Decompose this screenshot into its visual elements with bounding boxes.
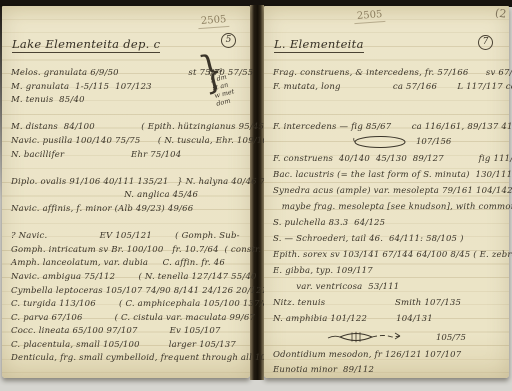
handwritten-line: Epith. sorex sv 103/141 67/144 64/100 8/… — [273, 250, 505, 266]
handwritten-line: Bac. lacustris (= the last form of S. mi… — [273, 170, 505, 186]
handwritten-line: maybe frag. mesolepta [see knudson], wit… — [273, 202, 505, 218]
right-circled-page-number: 7 — [478, 35, 493, 50]
left-folio-number: 2505 — [198, 14, 230, 29]
handwritten-line: M. distans 84/100 ( Epith. hützingianus … — [11, 122, 246, 136]
handwritten-line: N. anglica 45/46 — [11, 190, 246, 204]
handwritten-line: Synedra acus (ample) var. mesolepta 79/1… — [273, 186, 505, 202]
handwritten-line: F. construens 40/140 45/130 89/127 fig 1… — [273, 154, 505, 170]
handwritten-line: Navic. pusilla 100/140 75/75 ( N. tuscul… — [11, 136, 246, 150]
right-title-row: L. Elementeita 7 — [274, 33, 501, 49]
diatom-oval-sketch-icon — [352, 134, 410, 150]
right-handwritten-lines-middle: F. construens 40/140 45/130 89/127 fig 1… — [273, 154, 505, 330]
handwritten-line: C. parva 67/106 ( C. cistula var. macula… — [11, 313, 246, 327]
handwritten-line: Frag. construens, & intercedens, fr. 57/… — [273, 68, 505, 82]
handwritten-line: Gomph. intricatum sv Br. 100/100 fr. 10.… — [11, 245, 246, 259]
handwritten-line: F. mutata, long ca 57/166 L 117/117 coun… — [273, 82, 505, 96]
handwritten-line: Amph. lanceolatum, var. dubia C. affin. … — [11, 258, 246, 272]
handwritten-line: Navic. affinis, f. minor (Alb 49/23) 49/… — [11, 204, 246, 218]
right-page-title: L. Elementeita — [274, 37, 364, 53]
handwritten-line — [11, 218, 246, 232]
handwritten-line — [11, 163, 246, 177]
handwritten-line: C. placentula, small 105/100 larger 105/… — [11, 340, 246, 354]
oval-sketch-measurement: 107/156 — [416, 137, 451, 147]
handwritten-line: Cocc. lineata 65/100 97/107 Ev 105/107 — [11, 326, 246, 340]
handwritten-line: Nitz. tenuis Smith 107/135 — [273, 298, 505, 314]
diatom-valve-sketch-icon — [326, 328, 430, 346]
handwritten-line: S. — Schroederi, tail 46. 64/111: 58/105… — [273, 234, 505, 250]
notebook-scan: 2505 Lake Elementeita dep. c 5 Melos. gr… — [0, 0, 512, 391]
handwritten-line: S. pulchella 83.3 64/125 — [273, 218, 505, 234]
right-handwritten-lines-bottom: Odontidium mesodon, fr 126/121 107/107Eu… — [273, 350, 505, 380]
handwritten-line: Odontidium mesodon, fr 126/121 107/107 — [273, 350, 505, 365]
right-handwritten-lines-top: Frag. construens, & intercedens, fr. 57/… — [273, 68, 505, 136]
right-folio-number: 2505 — [354, 9, 386, 24]
margin-brace: } — [200, 64, 224, 79]
page-gutter — [250, 5, 264, 380]
left-circled-page-number: 5 — [221, 33, 236, 48]
handwritten-line: ? Navic. EV 105/121 ( Gomph. Sub- — [11, 231, 246, 245]
handwritten-line — [11, 109, 246, 123]
handwritten-line: Navic. ambigua 75/112 ( N. tenella 127/1… — [11, 272, 246, 286]
handwritten-line: C. turgida 113/106 ( C. amphicephala 105… — [11, 299, 246, 313]
handwritten-line: Eunotia minor 89/112 — [273, 365, 505, 380]
right-corner-mark: (2 — [494, 6, 507, 20]
handwritten-line — [273, 109, 505, 123]
handwritten-line: N. bacillifer Ehr 75/104 — [11, 150, 246, 164]
handwritten-line: Cymbella leptoceras 105/107 74/90 8/141 … — [11, 286, 246, 300]
handwritten-line — [273, 95, 505, 109]
handwritten-line: Denticula, frg. small cymbelloid, freque… — [11, 353, 246, 367]
handwritten-line: var. ventricosa 53/111 — [273, 282, 505, 298]
right-page: 2505 (2 L. Elementeita 7 Frag. construen… — [264, 6, 509, 378]
handwritten-line: E. gibba, typ. 109/117 — [273, 266, 505, 282]
left-handwritten-lines: Melos. granulata 6/9/50 st 75/70 57/55M.… — [11, 68, 246, 367]
left-page: 2505 Lake Elementeita dep. c 5 Melos. gr… — [2, 6, 250, 378]
left-page-title: Lake Elementeita dep. c — [12, 37, 160, 53]
valve-sketch-measurement: 105/75 — [436, 333, 466, 343]
handwritten-line: Diplo. ovalis 91/106 40/111 135/21 } N. … — [11, 177, 246, 191]
